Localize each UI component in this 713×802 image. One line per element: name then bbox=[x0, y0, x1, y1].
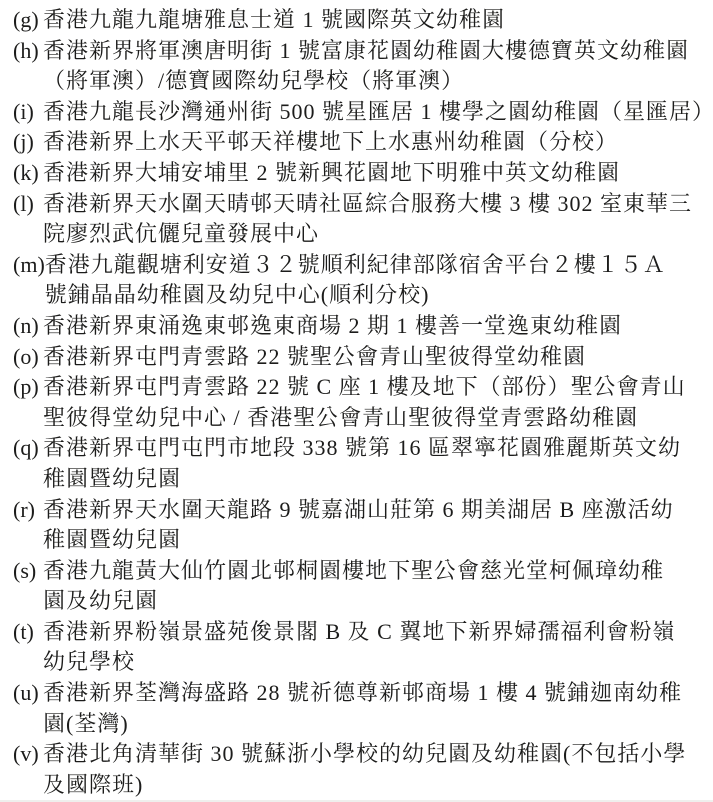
item-label: (k) bbox=[13, 158, 43, 189]
item-label: (q) bbox=[13, 433, 43, 464]
item-label: (j) bbox=[13, 127, 43, 158]
item-line: 香港新界屯門青雲路 22 號 C 座 1 樓及地下（部份）聖公會青山 bbox=[43, 372, 701, 403]
item-line: 稚園暨幼兒園 bbox=[43, 525, 701, 556]
item-text: 香港新界天水圍天晴邨天晴社區綜合服務大樓 3 樓 302 室東華三 院廖烈武伉儷… bbox=[43, 189, 701, 250]
item-label: (n) bbox=[13, 311, 43, 342]
list-item-q: (q) 香港新界屯門屯門市地段 338 號第 16 區翠寧花園雅麗斯英文幼 稚園… bbox=[13, 433, 701, 494]
kindergarten-list: (g) 香港九龍九龍塘雅息士道 1 號國際英文幼稚園 (h) 香港新界將軍澳唐明… bbox=[0, 0, 713, 800]
item-label: (v) bbox=[13, 739, 43, 770]
list-item-i: (i) 香港九龍長沙灣通州街 500 號星匯居 1 樓學之園幼稚園（星匯居） bbox=[13, 97, 701, 128]
item-line: 及國際班) bbox=[43, 770, 701, 801]
item-line: 香港新界天水圍天晴邨天晴社區綜合服務大樓 3 樓 302 室東華三 bbox=[43, 189, 701, 220]
list-item-n: (n) 香港新界東涌逸東邨逸東商場 2 期 1 樓善一堂逸東幼稚園 bbox=[13, 311, 701, 342]
item-text: 香港新界大埔安埔里 2 號新興花園地下明雅中英文幼稚園 bbox=[43, 158, 701, 189]
list-item-g: (g) 香港九龍九龍塘雅息士道 1 號國際英文幼稚園 bbox=[13, 5, 701, 36]
item-line: 香港新界荃灣海盛路 28 號祈德尊新邨商場 1 樓 4 號鋪迦南幼稚 bbox=[43, 678, 701, 709]
item-label: (o) bbox=[13, 342, 43, 373]
item-text: 香港新界荃灣海盛路 28 號祈德尊新邨商場 1 樓 4 號鋪迦南幼稚 園(荃灣) bbox=[43, 678, 701, 739]
item-line: 香港九龍黃大仙竹園北邨桐園樓地下聖公會慈光堂柯佩璋幼稚 bbox=[43, 556, 701, 587]
item-line: 香港新界粉嶺景盛苑俊景閣 B 及 C 翼地下新界婦孺福利會粉嶺 bbox=[43, 617, 701, 648]
item-line: 香港新界將軍澳唐明街 1 號富康花園幼稚園大樓德寶英文幼稚園 bbox=[43, 36, 701, 67]
item-label: (u) bbox=[13, 678, 43, 709]
item-line: 香港九龍長沙灣通州街 500 號星匯居 1 樓學之園幼稚園（星匯居） bbox=[43, 97, 713, 128]
item-line: 幼兒學校 bbox=[43, 647, 701, 678]
item-label: (t) bbox=[13, 617, 43, 648]
document-page: { "page": { "background": "#ffffff", "te… bbox=[0, 0, 713, 802]
list-item-m: (m) 香港九龍觀塘利安道３２號順利紀律部隊宿舍平台２樓１５Ａ 號鋪晶晶幼稚園及… bbox=[13, 250, 701, 311]
item-line: 聖彼得堂幼兒中心 / 香港聖公會青山聖彼得堂青雲路幼稚園 bbox=[43, 403, 701, 434]
item-label: (m) bbox=[13, 250, 45, 281]
item-line: 香港九龍九龍塘雅息士道 1 號國際英文幼稚園 bbox=[43, 5, 701, 36]
list-item-s: (s) 香港九龍黃大仙竹園北邨桐園樓地下聖公會慈光堂柯佩璋幼稚 園及幼兒園 bbox=[13, 556, 701, 617]
list-item-v: (v) 香港北角清華街 30 號蘇浙小學校的幼兒園及幼稚園(不包括小學 及國際班… bbox=[13, 739, 701, 800]
item-text: 香港九龍九龍塘雅息士道 1 號國際英文幼稚園 bbox=[43, 5, 701, 36]
list-item-k: (k) 香港新界大埔安埔里 2 號新興花園地下明雅中英文幼稚園 bbox=[13, 158, 701, 189]
item-text: 香港新界屯門青雲路 22 號 C 座 1 樓及地下（部份）聖公會青山 聖彼得堂幼… bbox=[43, 372, 701, 433]
item-text: 香港北角清華街 30 號蘇浙小學校的幼兒園及幼稚園(不包括小學 及國際班) bbox=[43, 739, 701, 800]
item-text: 香港新界粉嶺景盛苑俊景閣 B 及 C 翼地下新界婦孺福利會粉嶺 幼兒學校 bbox=[43, 617, 701, 678]
item-line: 香港新界東涌逸東邨逸東商場 2 期 1 樓善一堂逸東幼稚園 bbox=[43, 311, 701, 342]
item-line: 香港北角清華街 30 號蘇浙小學校的幼兒園及幼稚園(不包括小學 bbox=[43, 739, 701, 770]
item-text: 香港新界上水天平邨天祥樓地下上水惠州幼稚園（分校） bbox=[43, 127, 701, 158]
item-text: 香港九龍觀塘利安道３２號順利紀律部隊宿舍平台２樓１５Ａ 號鋪晶晶幼稚園及幼兒中心… bbox=[45, 250, 701, 311]
list-item-o: (o) 香港新界屯門青雲路 22 號聖公會青山聖彼得堂幼稚園 bbox=[13, 342, 701, 373]
item-text: 香港新界屯門青雲路 22 號聖公會青山聖彼得堂幼稚園 bbox=[43, 342, 701, 373]
item-line: 號鋪晶晶幼稚園及幼兒中心(順利分校) bbox=[45, 280, 701, 311]
item-label: (i) bbox=[13, 97, 43, 128]
list-item-h: (h) 香港新界將軍澳唐明街 1 號富康花園幼稚園大樓德寶英文幼稚園 （將軍澳）… bbox=[13, 36, 701, 97]
list-item-r: (r) 香港新界天水圍天龍路 9 號嘉湖山莊第 6 期美湖居 B 座激活幼 稚園… bbox=[13, 495, 701, 556]
list-item-p: (p) 香港新界屯門青雲路 22 號 C 座 1 樓及地下（部份）聖公會青山 聖… bbox=[13, 372, 701, 433]
item-line: 香港新界天水圍天龍路 9 號嘉湖山莊第 6 期美湖居 B 座激活幼 bbox=[43, 495, 701, 526]
item-line: 香港新界屯門屯門市地段 338 號第 16 區翠寧花園雅麗斯英文幼 bbox=[43, 433, 701, 464]
item-line: 香港新界大埔安埔里 2 號新興花園地下明雅中英文幼稚園 bbox=[43, 158, 701, 189]
item-line: 稚園暨幼兒園 bbox=[43, 464, 701, 495]
item-text: 香港九龍長沙灣通州街 500 號星匯居 1 樓學之園幼稚園（星匯居） bbox=[43, 97, 713, 128]
list-item-j: (j) 香港新界上水天平邨天祥樓地下上水惠州幼稚園（分校） bbox=[13, 127, 701, 158]
item-line: 園(荃灣) bbox=[43, 709, 701, 740]
item-label: (l) bbox=[13, 189, 43, 220]
item-text: 香港新界將軍澳唐明街 1 號富康花園幼稚園大樓德寶英文幼稚園 （將軍澳）/德寶國… bbox=[43, 36, 701, 97]
item-label: (r) bbox=[13, 495, 43, 526]
item-line: 香港新界上水天平邨天祥樓地下上水惠州幼稚園（分校） bbox=[43, 127, 701, 158]
item-line: 香港新界屯門青雲路 22 號聖公會青山聖彼得堂幼稚園 bbox=[43, 342, 701, 373]
item-text: 香港新界東涌逸東邨逸東商場 2 期 1 樓善一堂逸東幼稚園 bbox=[43, 311, 701, 342]
item-text: 香港新界屯門屯門市地段 338 號第 16 區翠寧花園雅麗斯英文幼 稚園暨幼兒園 bbox=[43, 433, 701, 494]
item-line: （將軍澳）/德寶國際幼兒學校（將軍澳） bbox=[43, 66, 701, 97]
item-label: (g) bbox=[13, 5, 43, 36]
item-line: 園及幼兒園 bbox=[43, 586, 701, 617]
item-label: (h) bbox=[13, 36, 43, 67]
list-item-l: (l) 香港新界天水圍天晴邨天晴社區綜合服務大樓 3 樓 302 室東華三 院廖… bbox=[13, 189, 701, 250]
list-item-u: (u) 香港新界荃灣海盛路 28 號祈德尊新邨商場 1 樓 4 號鋪迦南幼稚 園… bbox=[13, 678, 701, 739]
item-label: (s) bbox=[13, 556, 43, 587]
item-text: 香港九龍黃大仙竹園北邨桐園樓地下聖公會慈光堂柯佩璋幼稚 園及幼兒園 bbox=[43, 556, 701, 617]
item-line: 院廖烈武伉儷兒童發展中心 bbox=[43, 219, 701, 250]
item-text: 香港新界天水圍天龍路 9 號嘉湖山莊第 6 期美湖居 B 座激活幼 稚園暨幼兒園 bbox=[43, 495, 701, 556]
item-label: (p) bbox=[13, 372, 43, 403]
item-line: 香港九龍觀塘利安道３２號順利紀律部隊宿舍平台２樓１５Ａ bbox=[45, 250, 701, 281]
list-item-t: (t) 香港新界粉嶺景盛苑俊景閣 B 及 C 翼地下新界婦孺福利會粉嶺 幼兒學校 bbox=[13, 617, 701, 678]
